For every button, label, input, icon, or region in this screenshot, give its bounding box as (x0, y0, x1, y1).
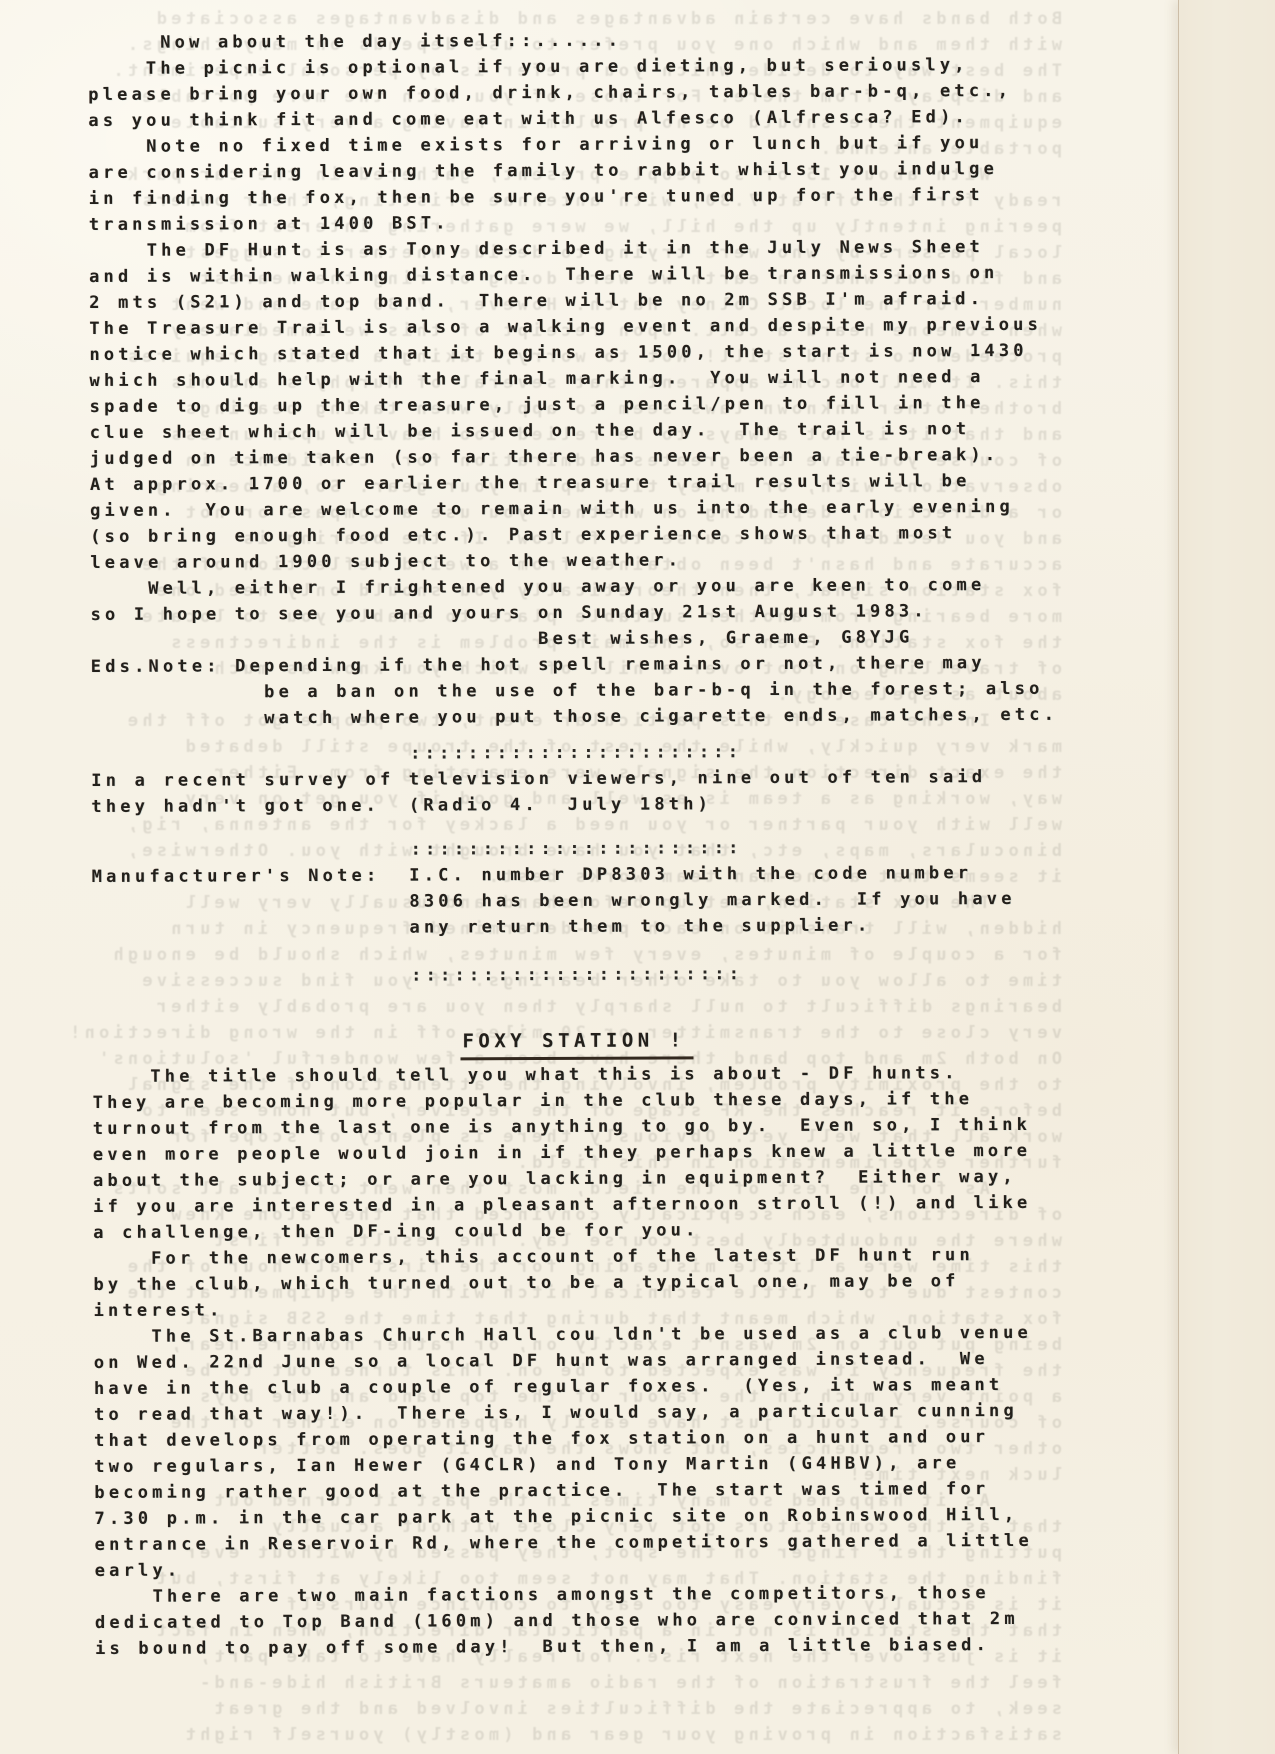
paragraph-competitor-factions: There are two main factions amongst the … (95, 1580, 1065, 1662)
section-heading-foxy-station: FOXY STATION ! (460, 1027, 693, 1060)
paragraph-barnabas-df-hunt: The St.Barnabas Church Hall cou ldn't be… (94, 1320, 1065, 1584)
page-content: Now about the day itself::...... The pic… (88, 26, 1065, 1662)
section-heading-row: FOXY STATION ! (92, 1026, 1062, 1064)
paper-right-edge (1178, 0, 1275, 1754)
scanned-newsletter-page: Both bands have certain advantages and d… (0, 0, 1275, 1754)
paragraph-manufacturers-note: Manufacturer's Note: I.C. number DP8303 … (92, 860, 1062, 942)
paragraph-newcomers-account: For the newcomers, this account of the l… (93, 1242, 1063, 1324)
paragraph-foxy-station-intro: The title should tell you what this is a… (93, 1060, 1064, 1246)
paragraph-picnic-and-hunt-details: Now about the day itself::...... The pic… (88, 26, 1061, 732)
paragraph-survey-quip: In a recent survey of television viewers… (91, 764, 1061, 820)
divider-dots: ::::::::::::::::::::::: (92, 960, 1062, 990)
